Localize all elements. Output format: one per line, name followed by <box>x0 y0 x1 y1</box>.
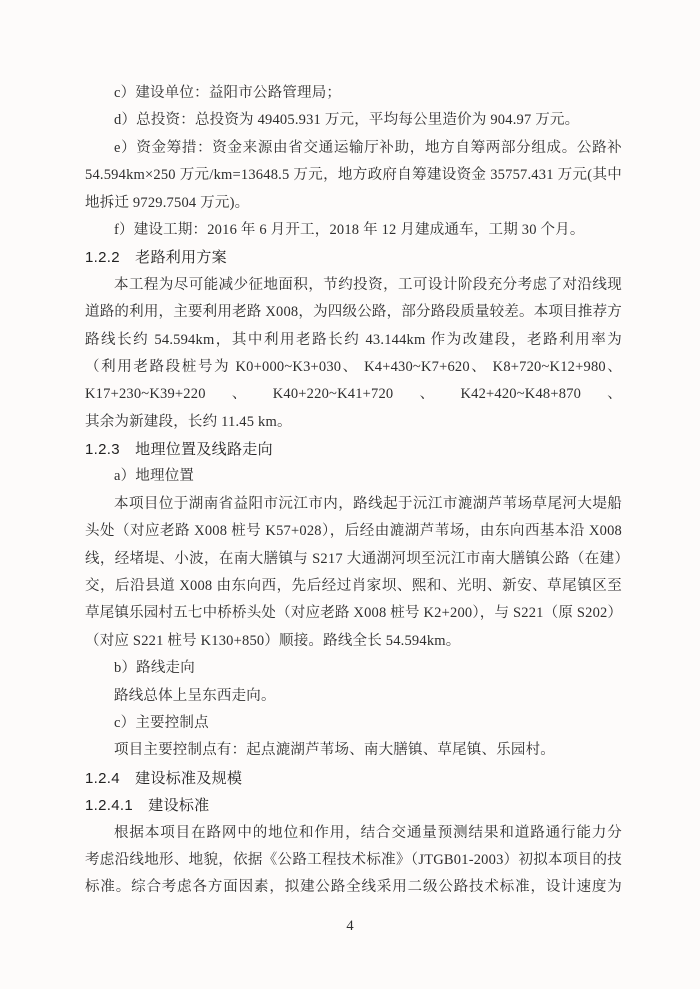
paragraph-line: 本工程为尽可能减少征地面积，节约投资，工可设计阶段充分考虑了对沿线现有 <box>85 272 622 299</box>
paragraph-line: c）主要控制点 <box>85 710 622 737</box>
paragraph-line: 草尾镇乐园村五七中桥桥头处（对应老路 X008 桩号 K2+200），与 S22… <box>85 600 622 627</box>
paragraph-line: 路线总体上呈东西走向。 <box>85 683 622 710</box>
paragraph-line: 头处（对应老路 X008 桩号 K57+028），后经由漉湖芦苇场，由东向西基本… <box>85 518 622 545</box>
paragraph-line: d）总投资：总投资为 49405.931 万元，平均每公里造价为 904.97 … <box>85 107 622 134</box>
paragraph-line: 道路的利用，主要利用老路 X008，为四级公路，部分路段质量较差。本项目推荐方案 <box>85 299 622 326</box>
section-heading: 1.2.2 老路利用方案 <box>85 244 622 271</box>
paragraph-line: 项目主要控制点有：起点漉湖芦苇场、南大膳镇、草尾镇、乐园村。 <box>85 737 622 764</box>
paragraph-line: e）资金筹措：资金来源由省交通运输厅补助，地方自筹两部分组成。公路补助： <box>85 135 622 162</box>
paragraph-line: f）建设工期：2016 年 6 月开工，2018 年 12 月建成通车，工期 3… <box>85 217 622 244</box>
paragraph-line: c）建设单位：益阳市公路管理局； <box>85 80 622 107</box>
paragraph-line: （利用老路段桩号为 K0+000~K3+030、 K4+430~K7+620、 … <box>85 354 622 381</box>
document-page: c）建设单位：益阳市公路管理局；d）总投资：总投资为 49405.931 万元，… <box>0 0 700 989</box>
paragraph-line: 其余为新建段，长约 11.45 km。 <box>85 409 622 436</box>
paragraph-line: 线，经堵堤、小波，在南大膳镇与 S217 大通湖河坝至沅江市南大膳镇公路（在建）… <box>85 546 622 573</box>
paragraph-line: K17+230~K39+220、K40+220~K41+720、K42+420~… <box>85 381 622 408</box>
paragraph-line: 考虑沿线地形、地貌，依据《公路工程技术标准》（JTGB01-2003）初拟本项目… <box>85 847 622 874</box>
section-heading: 1.2.4 建设标准及规模 <box>85 765 622 792</box>
section-heading: 1.2.3 地理位置及线路走向 <box>85 436 622 463</box>
paragraph-line: 根据本项目在路网中的地位和作用，结合交通量预测结果和道路通行能力分析， <box>85 820 622 847</box>
paragraph-line: （对应 S221 桩号 K130+850）顺接。路线全长 54.594km。 <box>85 628 622 655</box>
paragraph-line: 路线长约 54.594km，其中利用老路长约 43.144km 作为改建段，老路… <box>85 327 622 354</box>
paragraph-line: 标准。综合考虑各方面因素，拟建公路全线采用二级公路技术标准，设计速度为 <box>85 874 622 901</box>
section-heading: 1.2.4.1 建设标准 <box>85 792 622 819</box>
page-number: 4 <box>0 918 700 935</box>
paragraph-line: 地拆迁 9729.7504 万元)。 <box>85 190 622 217</box>
paragraph-line: a）地理位置 <box>85 463 622 490</box>
paragraph-line: 交，后沿县道 X008 由东向西，先后经过肖家坝、熙和、光明、新安、草尾镇区至终… <box>85 573 622 600</box>
paragraph-line: 54.594km×250 万元/km=13648.5 万元，地方政府自筹建设资金… <box>85 162 622 189</box>
document-body: c）建设单位：益阳市公路管理局；d）总投资：总投资为 49405.931 万元，… <box>85 80 622 902</box>
paragraph-line: 本项目位于湖南省益阳市沅江市内，路线起于沅江市漉湖芦苇场草尾河大堤船码 <box>85 491 622 518</box>
paragraph-line: b）路线走向 <box>85 655 622 682</box>
